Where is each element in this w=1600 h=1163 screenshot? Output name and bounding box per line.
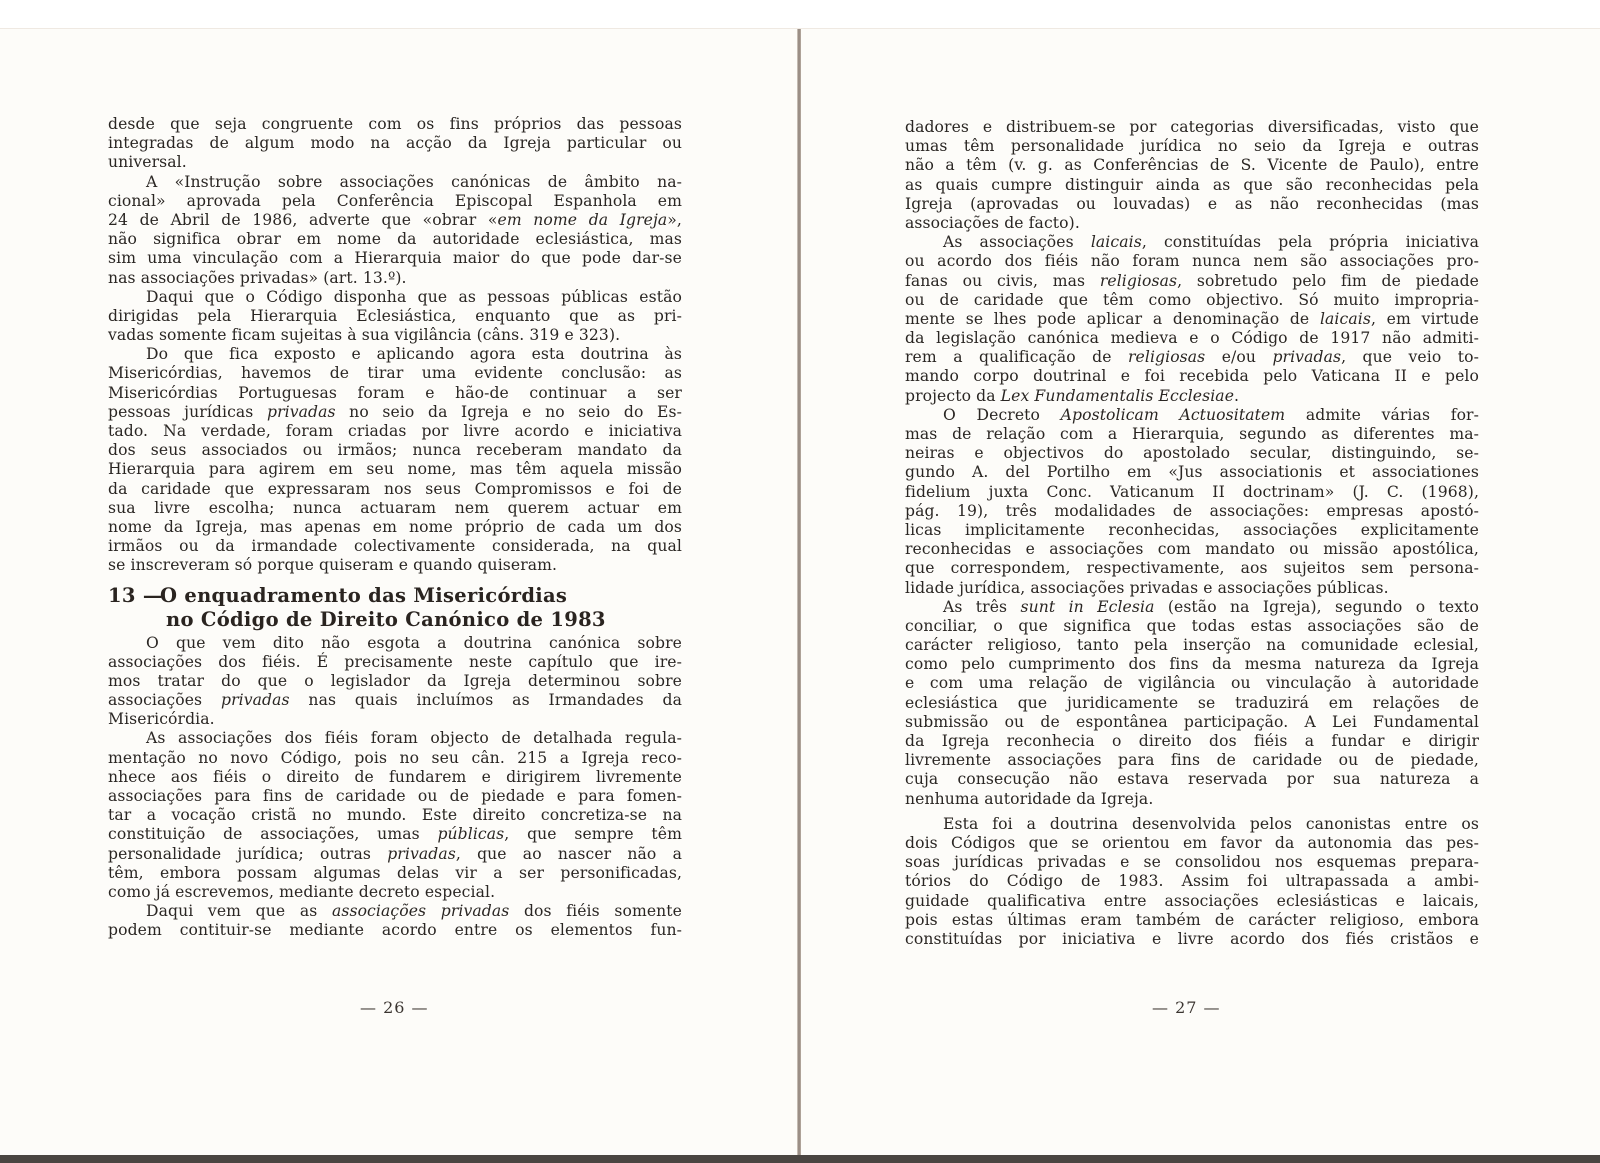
- text-line: constituição de associações, umas públic…: [108, 825, 682, 844]
- text-line: ou de caridade que têm como objectivo. S…: [905, 291, 1479, 310]
- section-number: 13 —: [108, 584, 160, 608]
- text-line: submissão ou de espontânea participação.…: [905, 713, 1479, 732]
- paragraph: As associações dos fiéis foram objecto d…: [108, 729, 682, 902]
- paragraph: Do que fica exposto e aplicando agora es…: [108, 345, 682, 575]
- text-line: licas implicitamente reconhecidas, assoc…: [905, 521, 1479, 540]
- text-line: Hierarquia para agirem em seu nome, mas …: [108, 460, 682, 479]
- paragraph: As associações laicais, constituídas pel…: [905, 233, 1479, 406]
- text-line: da legislação canónica medieva e o Códig…: [905, 329, 1479, 348]
- text-line: vadas somente ficam sujeitas à sua vigil…: [108, 326, 682, 345]
- section-heading: 13 —O enquadramento das Misericórdias no…: [108, 584, 682, 632]
- text-line: mentação no novo Código, pois no seu cân…: [108, 749, 682, 768]
- text-line: Misericórdias, havemos de tirar uma evid…: [108, 364, 682, 383]
- text-line: da Igreja reconhecia o direito dos fiéis…: [905, 732, 1479, 751]
- text-line: Misericórdia.: [108, 710, 682, 729]
- text-line: associações para fins de caridade ou de …: [108, 787, 682, 806]
- text-line: Daqui que o Código disponha que as pesso…: [108, 288, 682, 307]
- text-line: não significa obrar em nome da autoridad…: [108, 230, 682, 249]
- right-page-text: dadores e distribuem-se por categorias d…: [905, 118, 1479, 949]
- text-line: sim uma vinculação com a Hierarquia maio…: [108, 249, 682, 268]
- scan-top-margin: [0, 0, 1600, 29]
- text-line: mos tratar do que o legislador da Igreja…: [108, 672, 682, 691]
- paragraph: desde que seja congruente com os fins pr…: [108, 115, 682, 173]
- text-line: tórios do Código de 1983. Assim foi ultr…: [905, 872, 1479, 891]
- text-line: neiras e objectivos do apostolado secula…: [905, 444, 1479, 463]
- text-line: as quais cumpre distinguir ainda as que …: [905, 176, 1479, 195]
- text-line: 24 de Abril de 1986, adverte que «obrar …: [108, 211, 682, 230]
- text-line: sua livre escolha; nunca actuaram nem qu…: [108, 499, 682, 518]
- text-line: umas têm personalidade jurídica no seio …: [905, 137, 1479, 156]
- text-line: tado. Na verdade, foram criadas por livr…: [108, 422, 682, 441]
- text-line: nome da Igreja, mas apenas em nome própr…: [108, 518, 682, 537]
- section-title-line-2: no Código de Direito Canónico de 1983: [108, 608, 682, 632]
- text-line: mando corpo doutrinal e foi recebida pel…: [905, 367, 1479, 386]
- text-line: da caridade que expressaram nos seus Com…: [108, 480, 682, 499]
- text-line: O que vem dito não esgota a doutrina can…: [108, 634, 682, 653]
- text-line: desde que seja congruente com os fins pr…: [108, 115, 682, 134]
- text-line: nhece aos fiéis o direito de fundarem e …: [108, 768, 682, 787]
- paragraph: Esta foi a doutrina desenvolvida pelos c…: [905, 815, 1479, 949]
- text-line: dirigidas pela Hierarquia Eclesiástica, …: [108, 307, 682, 326]
- text-line: constituídas por iniciativa e livre acor…: [905, 930, 1479, 949]
- text-line: nenhuma autoridade da Igreja.: [905, 790, 1479, 809]
- text-line: cional» aprovada pela Conferência Episco…: [108, 192, 682, 211]
- text-line: reconhecidas e associações com mandato o…: [905, 540, 1479, 559]
- text-line: associações dos fiéis. É precisamente ne…: [108, 653, 682, 672]
- text-line: não a têm (v. g. as Conferências de S. V…: [905, 156, 1479, 175]
- paragraph: O Decreto Apostolicam Actuositatem admit…: [905, 406, 1479, 598]
- text-line: carácter religioso, tanto pela inserção …: [905, 636, 1479, 655]
- text-line: podem contituir-se mediante acordo entre…: [108, 921, 682, 940]
- text-line: soas jurídicas privadas e se consolidou …: [905, 853, 1479, 872]
- text-line: As associações laicais, constituídas pel…: [905, 233, 1479, 252]
- text-line: Igreja (aprovadas ou louvadas) e as não …: [905, 195, 1479, 214]
- text-line: conciliar, o que significa que todas est…: [905, 617, 1479, 636]
- text-line: gundo A. del Portilho em «Jus associatio…: [905, 463, 1479, 482]
- text-line: se inscreveram só porque quiseram e quan…: [108, 556, 682, 575]
- text-line: lidade jurídica, associações privadas e …: [905, 579, 1479, 598]
- left-page-text: desde que seja congruente com os fins pr…: [108, 115, 682, 941]
- text-line: A «Instrução sobre associações canónicas…: [108, 173, 682, 192]
- text-line: têm, embora possam algumas delas vir a s…: [108, 864, 682, 883]
- text-line: pessoas jurídicas privadas no seio da Ig…: [108, 403, 682, 422]
- text-line: Misericórdias Portuguesas foram e hão-de…: [108, 384, 682, 403]
- paragraph: Daqui que o Código disponha que as pesso…: [108, 288, 682, 346]
- text-line: associações privadas nas quais incluímos…: [108, 691, 682, 710]
- paragraph: As três sunt in Eclesia (estão na Igreja…: [905, 598, 1479, 809]
- text-line: ou acordo dos fiéis não foram nunca nem …: [905, 252, 1479, 271]
- text-line: As três sunt in Eclesia (estão na Igreja…: [905, 598, 1479, 617]
- text-line: guidade qualificativa entre associações …: [905, 892, 1479, 911]
- text-line: integradas de algum modo na acção da Igr…: [108, 134, 682, 153]
- text-line: que correspondem, respectivamente, aos s…: [905, 559, 1479, 578]
- text-line: pois estas últimas eram também de caráct…: [905, 911, 1479, 930]
- text-line: como pelo cumprimento dos fins da mesma …: [905, 655, 1479, 674]
- text-line: eclesiástica que juridicamente se traduz…: [905, 694, 1479, 713]
- text-line: Daqui vem que as associações privadas do…: [108, 902, 682, 921]
- text-line: As associações dos fiéis foram objecto d…: [108, 729, 682, 748]
- text-line: nas associações privadas» (art. 13.º).: [108, 269, 682, 288]
- text-line: mente se lhes pode aplicar a denominação…: [905, 310, 1479, 329]
- paragraph: Daqui vem que as associações privadas do…: [108, 902, 682, 940]
- text-line: Do que fica exposto e aplicando agora es…: [108, 345, 682, 364]
- paragraph: A «Instrução sobre associações canónicas…: [108, 173, 682, 288]
- text-line: pág. 19), três modalidades de associaçõe…: [905, 502, 1479, 521]
- text-line: O Decreto Apostolicam Actuositatem admit…: [905, 406, 1479, 425]
- text-line: tar a vocação cristã no mundo. Este dire…: [108, 806, 682, 825]
- paragraph: O que vem dito não esgota a doutrina can…: [108, 634, 682, 730]
- text-line: dadores e distribuem-se por categorias d…: [905, 118, 1479, 137]
- text-line: mas de relação com a Hierarquia, segundo…: [905, 425, 1479, 444]
- page-number-right: — 27 —: [1152, 998, 1221, 1017]
- section-title-line-1: O enquadramento das Misericórdias: [160, 584, 567, 607]
- text-line: dois Códigos que se orientou em favor da…: [905, 834, 1479, 853]
- text-line: rem a qualificação de religiosas e/ou pr…: [905, 348, 1479, 367]
- text-line: e com uma relação de vigilância ou vincu…: [905, 674, 1479, 693]
- page-number-left: — 26 —: [360, 998, 429, 1017]
- scan-bottom-edge: [0, 1155, 1600, 1163]
- text-line: Esta foi a doutrina desenvolvida pelos c…: [905, 815, 1479, 834]
- text-line: fidelium juxta Conc. Vaticanum II doctri…: [905, 483, 1479, 502]
- text-line: irmãos ou da irmandade colectivamente co…: [108, 537, 682, 556]
- text-line: fanas ou civis, mas religiosas, sobretud…: [905, 272, 1479, 291]
- paragraph: dadores e distribuem-se por categorias d…: [905, 118, 1479, 233]
- text-line: cuja consecução não estava reservada por…: [905, 770, 1479, 789]
- text-line: associações de facto).: [905, 214, 1479, 233]
- text-line: dos seus associados ou irmãos; nunca rec…: [108, 441, 682, 460]
- text-line: como já escrevemos, mediante decreto esp…: [108, 883, 682, 902]
- text-line: personalidade jurídica; outras privadas,…: [108, 845, 682, 864]
- text-line: universal.: [108, 153, 682, 172]
- text-line: livremente associações para fins de cari…: [905, 751, 1479, 770]
- text-line: projecto da Lex Fundamentalis Ecclesiae.: [905, 387, 1479, 406]
